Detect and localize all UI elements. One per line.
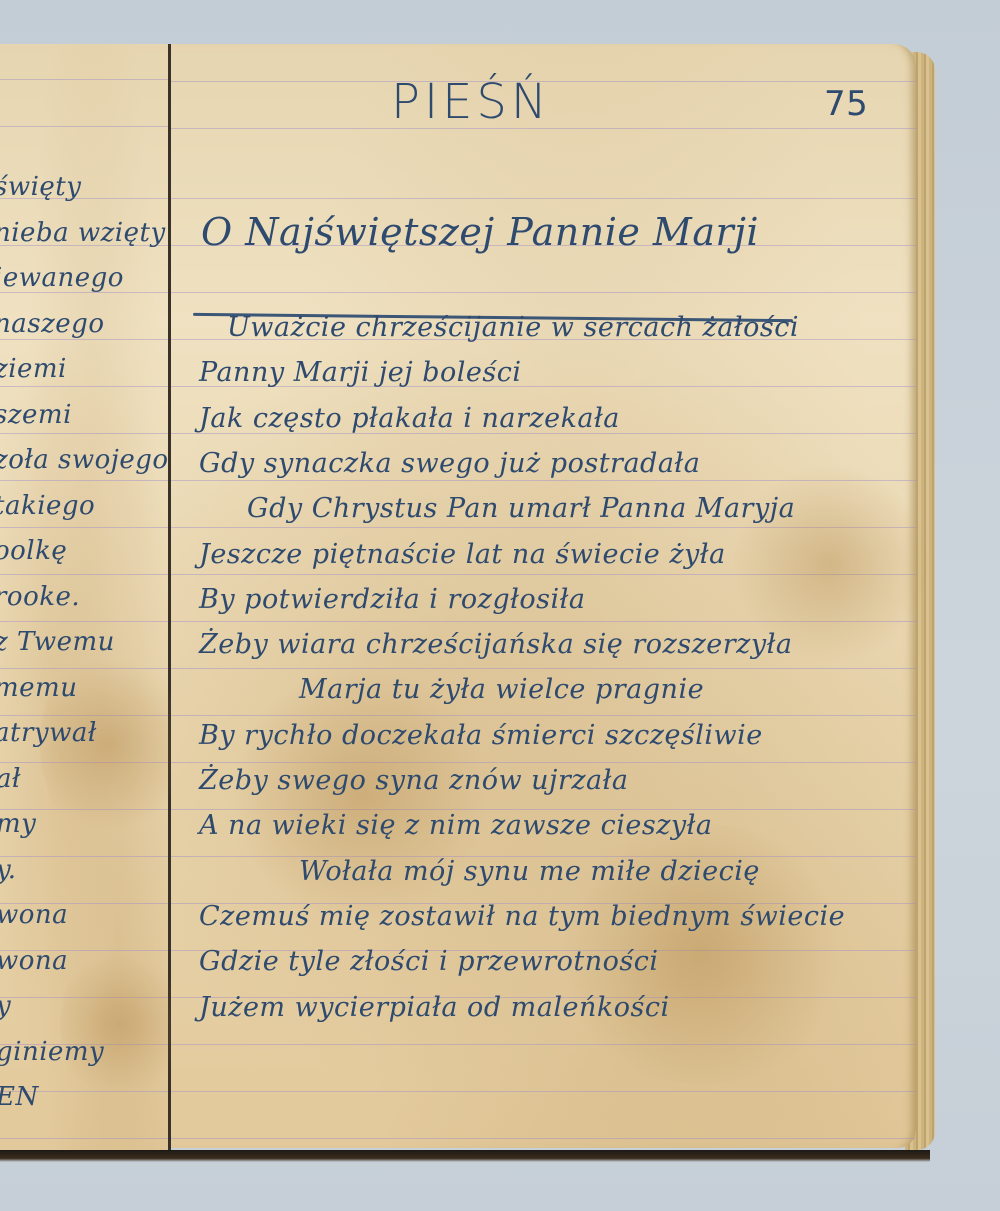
- left-page-fragment: wona: [0, 900, 68, 930]
- verse-line: Wołała mój synu me miłe dziecię: [299, 856, 760, 887]
- page-subtitle: O Najświętszej Pannie Marji: [201, 210, 759, 254]
- verse-line: Żeby swego syna znów ujrzała: [199, 765, 629, 796]
- right-page: PIEŚŃ 75 O Najświętszej Pannie Marji Uwa…: [171, 44, 916, 1148]
- left-page-fragment: y.: [0, 855, 17, 885]
- left-page-fragment: święty: [0, 172, 81, 202]
- left-page-fragment: my: [0, 809, 36, 839]
- left-page-fragment: ał: [0, 764, 21, 794]
- left-page-fragment: z Twemu: [0, 627, 115, 657]
- verse-line: A na wieki się z nim zawsze cieszyła: [199, 810, 713, 841]
- left-page-fragment: zoła swojego: [0, 445, 169, 475]
- page-title: PIEŚŃ: [391, 74, 551, 130]
- verse-line: By potwierdziła i rozgłosiła: [199, 584, 586, 615]
- left-page: świętynieba wziętyiewanegonaszegoziemisz…: [0, 44, 171, 1150]
- verse-line: Żeby wiara chrześcijańska się rozszerzył…: [199, 629, 793, 660]
- left-page-fragment: oolkę: [0, 536, 67, 566]
- verse-line: Czemuś mię zostawił na tym biednym świec…: [199, 901, 845, 932]
- left-page-fragment: y: [0, 991, 11, 1021]
- book-bottom-edge: [0, 1150, 930, 1162]
- verse-line: Panny Marji jej boleści: [199, 357, 521, 388]
- left-page-fragment: szemi: [0, 400, 72, 430]
- verse-line: Gdzie tyle złości i przewrotności: [199, 946, 659, 977]
- verse-line: Marja tu żyła wielce pragnie: [299, 674, 704, 705]
- left-page-fragment: EN: [0, 1082, 39, 1112]
- left-page-fragment: takiego: [0, 491, 95, 521]
- verse-line: Uważcie chrześcijanie w sercach żałości: [227, 312, 799, 343]
- left-page-fragment: giniemy: [0, 1037, 104, 1067]
- age-stain: [60, 944, 180, 1104]
- verse-line: Jużem wycierpiała od maleńkości: [199, 992, 670, 1023]
- left-page-fragment: naszego: [0, 309, 104, 339]
- verse-line: Gdy Chrystus Pan umarł Panna Maryja: [247, 493, 795, 524]
- verse-line: Gdy synaczka swego już postradała: [199, 448, 700, 479]
- verse-line: By rychło doczekała śmierci szczęśliwie: [199, 720, 763, 751]
- page-number: 75: [824, 84, 868, 124]
- left-page-fragment: wona: [0, 946, 68, 976]
- left-page-fragment: nieba wzięty: [0, 218, 166, 248]
- left-page-fragment: ziemi: [0, 354, 67, 384]
- verse-line: Jak często płakała i narzekała: [199, 403, 620, 434]
- left-page-fragment: rooke.: [0, 582, 80, 612]
- left-page-fragment: iewanego: [0, 263, 124, 293]
- left-page-fragment: atrywał: [0, 718, 97, 748]
- verse-line: Jeszcze piętnaście lat na świecie żyła: [199, 539, 726, 570]
- left-page-fragment: memu: [0, 673, 77, 703]
